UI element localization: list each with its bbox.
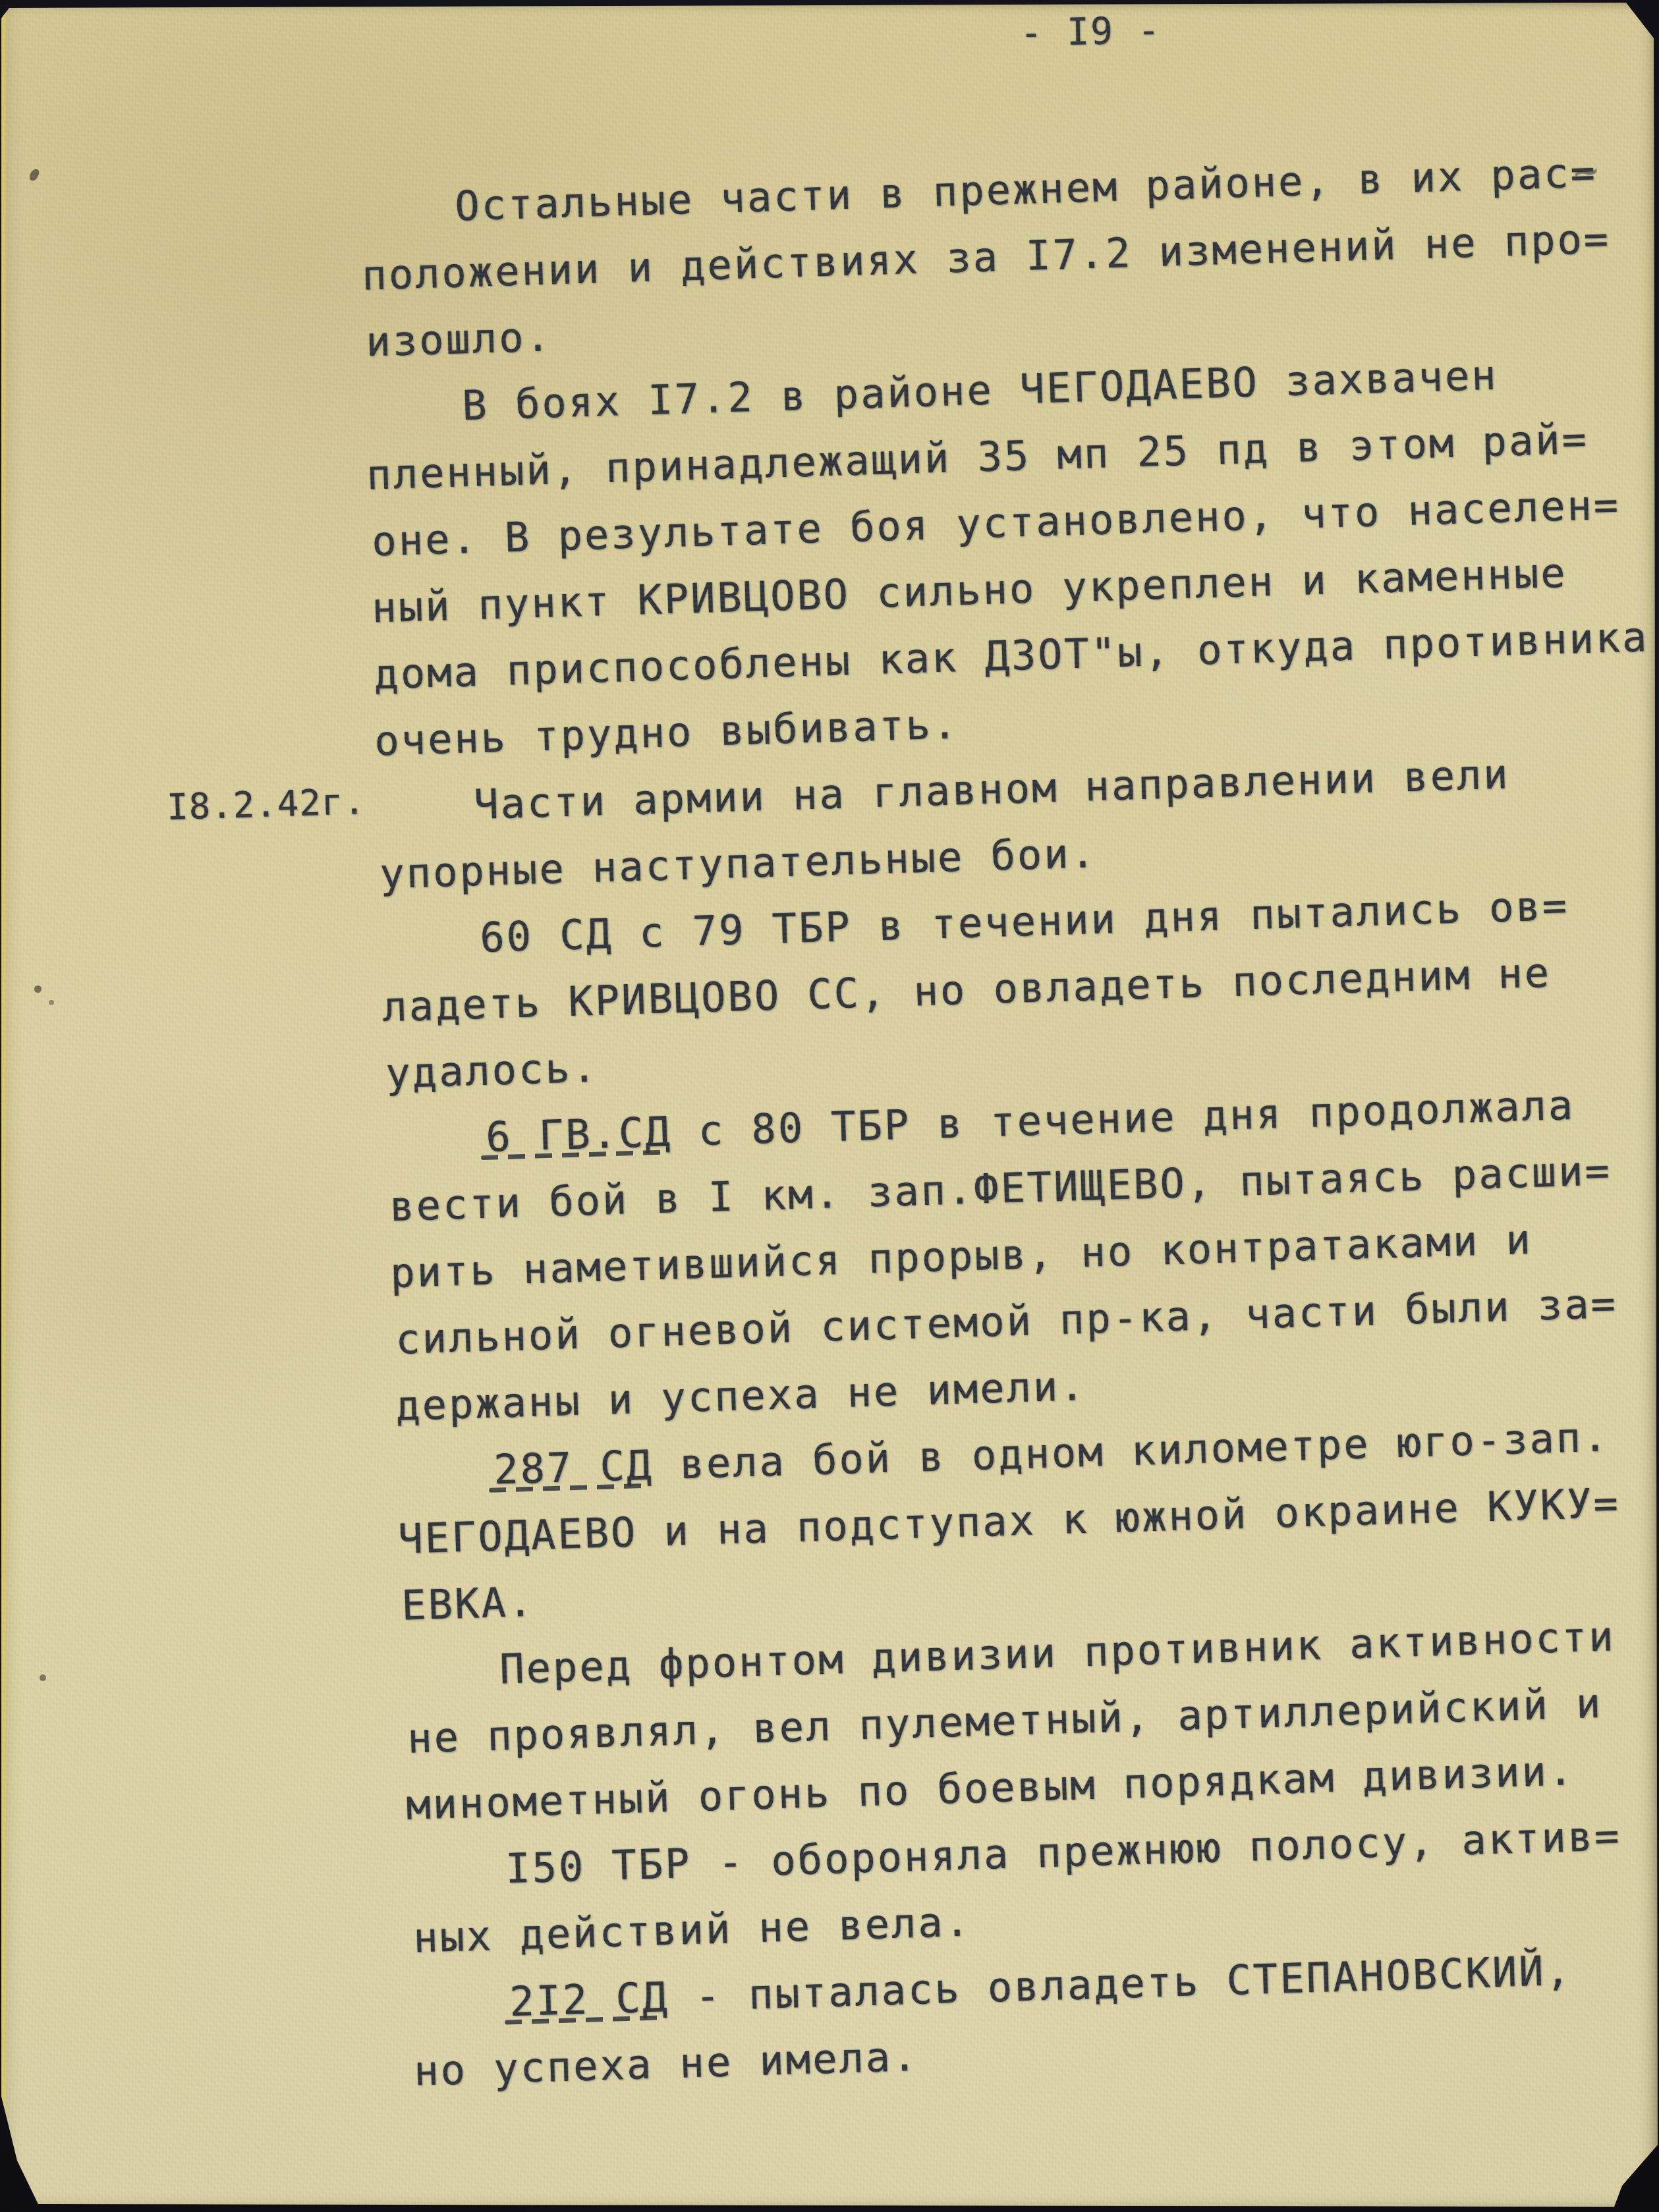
punch-hole <box>49 1000 54 1005</box>
text-segment: упорные наступательные бои. <box>379 829 1098 898</box>
document-page: - I9 - ~ I8.2.42г. Остальные части в пре… <box>0 0 1659 2212</box>
unit-designation-underlined: 6 ГВ.СД <box>485 1107 672 1161</box>
unit-designation-underlined: 287 СД <box>493 1441 654 1493</box>
paper-speck <box>28 167 41 182</box>
paper-speck <box>40 1674 46 1681</box>
typed-text-block: I8.2.42г. Остальные части в прежнем райо… <box>359 138 1659 2105</box>
punch-hole <box>34 985 42 993</box>
text-segment: очень трудно выбивать. <box>374 700 959 765</box>
scan-background: - I9 - ~ I8.2.42г. Остальные части в пре… <box>0 0 1659 2212</box>
text-segment: удалось. <box>385 1043 599 1098</box>
text-segment: ЕВКА. <box>401 1578 535 1630</box>
page-number: - I9 - <box>1019 9 1162 55</box>
text-segment: изошло. <box>365 312 552 366</box>
document-lines: Остальные части в прежнем районе, в их р… <box>359 138 1659 2104</box>
text-segment: держаны и успеха не имели. <box>395 1362 1086 1430</box>
unit-designation-underlined: 2I2 СД <box>509 1973 669 2026</box>
paper-left-edge <box>0 9 8 2186</box>
margin-date-note: I8.2.42г. <box>166 781 366 828</box>
text-segment: но успеха не имела. <box>413 2032 919 2095</box>
text-segment: ных действий не вела. <box>412 1897 972 1962</box>
